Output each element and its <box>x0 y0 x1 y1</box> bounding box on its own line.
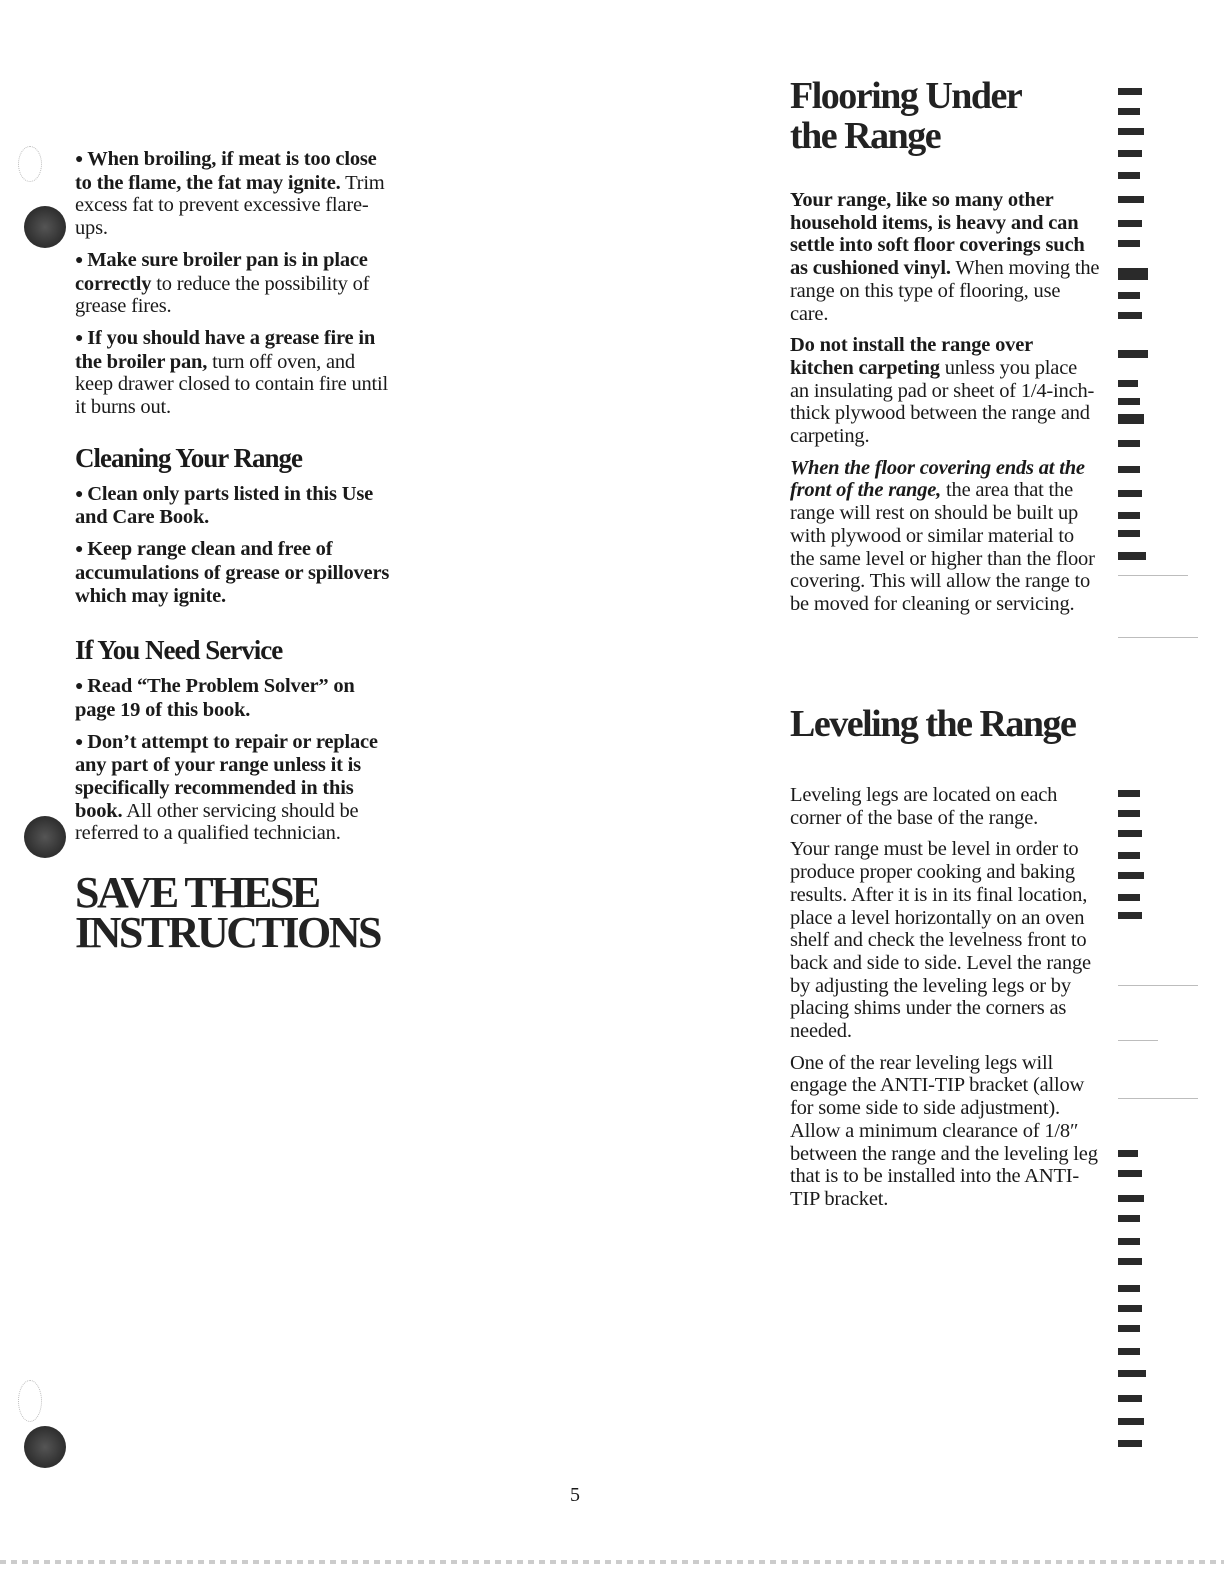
paragraph: Your range, like so many other household… <box>790 189 1100 325</box>
bullet-icon: ● <box>75 152 83 167</box>
page-number: 5 <box>570 1484 580 1507</box>
bullet-icon: ● <box>75 735 83 750</box>
bullet-icon: ● <box>75 253 83 268</box>
leveling-section: Leveling legs are located on each corner… <box>790 784 1100 1220</box>
binding-hole-icon <box>24 816 66 858</box>
list-item: ●Keep range clean and free of accumulati… <box>75 538 395 607</box>
scan-edge-noise <box>0 1560 1224 1564</box>
list-item: ●Clean only parts listed in this Use and… <box>75 483 395 529</box>
list-item: ●If you should have a grease fire in the… <box>75 327 395 419</box>
binding-hole-icon <box>24 206 66 248</box>
service-heading: If You Need Service <box>75 635 395 665</box>
cleaning-heading: Cleaning Your Range <box>75 443 395 473</box>
paragraph: Your range must be level in order to pro… <box>790 838 1100 1042</box>
bullet-icon: ● <box>75 487 83 502</box>
binding-hole-icon <box>24 1426 66 1468</box>
flooring-title: Flooring Under the Range <box>790 76 1100 156</box>
faint-hole-mark-icon <box>18 146 42 182</box>
flooring-section: Flooring Under the Range Your range, lik… <box>790 76 1100 625</box>
paragraph: When the floor covering ends at the fron… <box>790 457 1100 616</box>
bullet-icon: ● <box>75 679 83 694</box>
list-item: ●Don’t attempt to repair or replace any … <box>75 731 395 846</box>
list-item: ●Make sure broiler pan is in place corre… <box>75 249 395 318</box>
left-column: ●When broiling, if meat is too close to … <box>75 148 395 953</box>
bullet-icon: ● <box>75 331 83 346</box>
save-instructions-heading: SAVE THESE INSTRUCTIONS <box>75 873 395 953</box>
faint-hole-mark-icon <box>18 1380 42 1422</box>
list-item: ●Read “The Problem Solver” on page 19 of… <box>75 675 395 721</box>
paragraph: Do not install the range over kitchen ca… <box>790 334 1100 448</box>
thumb-index-edge <box>1118 0 1224 1584</box>
bullet-icon: ● <box>75 542 83 557</box>
paragraph: Leveling legs are located on each corner… <box>790 784 1100 829</box>
paragraph: One of the rear leveling legs will engag… <box>790 1052 1100 1211</box>
leveling-title: Leveling the Range <box>790 704 1075 744</box>
list-item: ●When broiling, if meat is too close to … <box>75 148 395 240</box>
